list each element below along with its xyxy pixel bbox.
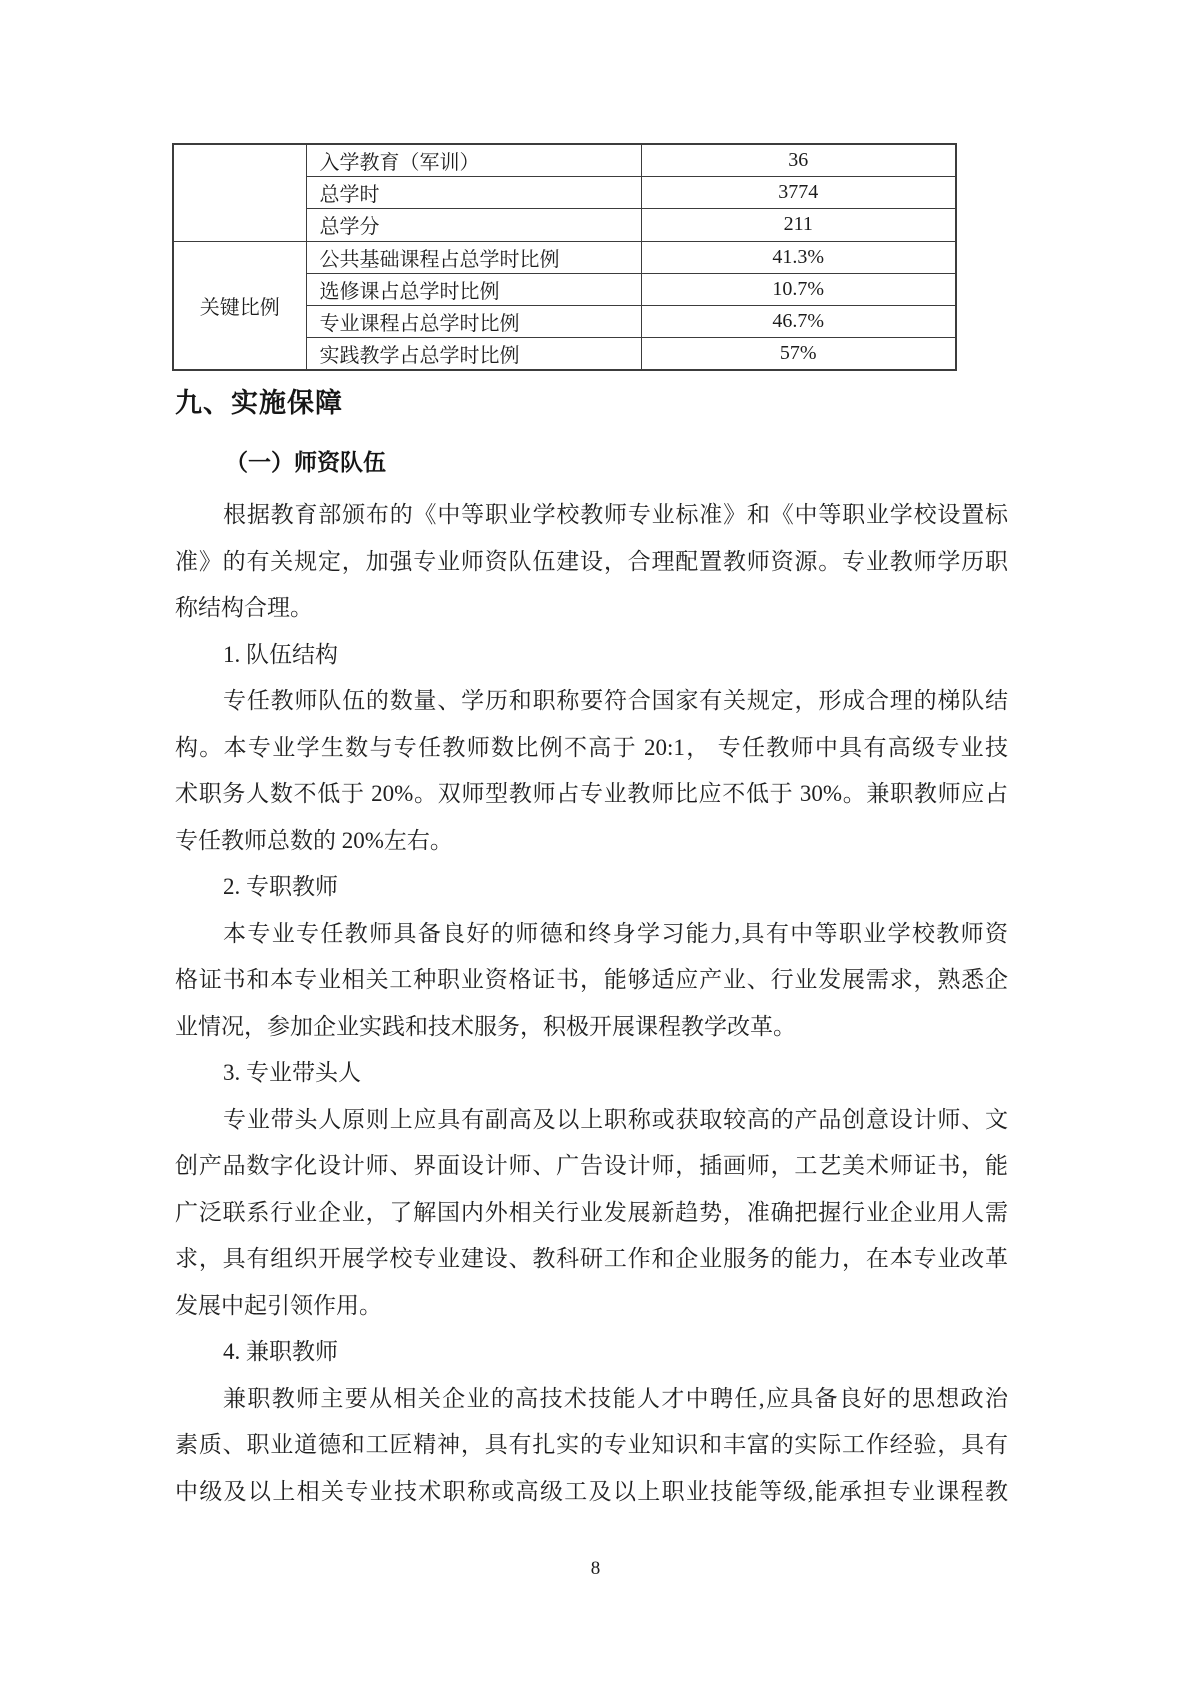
text-line: 专业带头人原则上应具有副高及以上职称或获取较高的产品创意设计师、文 — [175, 1097, 1008, 1144]
table-row: 关键比例公共基础课程占总学时比例41.3% — [173, 241, 956, 273]
text-line: 根据教育部颁布的《中等职业学校教师专业标准》和《中等职业学校设置标 — [175, 492, 1008, 539]
text-line: 准》的有关规定，加强专业师资队伍建设，合理配置教师资源。专业教师学历职 — [175, 539, 1008, 586]
table-value-cell: 10.7% — [641, 273, 956, 305]
document-page: 入学教育（军训）36总学时3774总学分211关键比例公共基础课程占总学时比例4… — [0, 0, 1191, 1684]
text-line: 构。本专业学生数与专任教师数比例不高于 20:1， 专任教师中具有高级专业技 — [175, 725, 1008, 772]
text-line: 兼职教师主要从相关企业的高技术技能人才中聘任,应具备良好的思想政治 — [175, 1376, 1008, 1423]
table-label-cell: 选修课占总学时比例 — [306, 273, 641, 305]
table-label-cell: 总学分 — [306, 209, 641, 241]
text-line: 业情况，参加企业实践和技术服务，积极开展课程教学改革。 — [175, 1004, 1008, 1051]
table-value-cell: 41.3% — [641, 241, 956, 273]
curriculum-summary-table: 入学教育（军训）36总学时3774总学分211关键比例公共基础课程占总学时比例4… — [172, 143, 957, 371]
text-line: 求，具有组织开展学校专业建设、教科研工作和企业服务的能力，在本专业改革 — [175, 1236, 1008, 1283]
text-line: 创产品数字化设计师、界面设计师、广告设计师，插画师，工艺美术师证书，能 — [175, 1143, 1008, 1190]
text-line: 发展中起引领作用。 — [175, 1283, 1008, 1330]
table-group-cell — [173, 144, 306, 241]
summary-table-body: 入学教育（军训）36总学时3774总学分211关键比例公共基础课程占总学时比例4… — [173, 144, 956, 370]
text-line: 中级及以上相关专业技术职称或高级工及以上职业技能等级,能承担专业课程教 — [175, 1469, 1008, 1516]
text-line: 本专业专任教师具备良好的师德和终身学习能力,具有中等职业学校教师资 — [175, 911, 1008, 958]
text-line: 专任教师总数的 20%左右。 — [175, 818, 1008, 865]
table-label-cell: 入学教育（军训） — [306, 144, 641, 177]
table-label-cell: 实践教学占总学时比例 — [306, 338, 641, 371]
text-line: 2. 专职教师 — [175, 864, 1008, 911]
text-line: 专任教师队伍的数量、学历和职称要符合国家有关规定，形成合理的梯队结 — [175, 678, 1008, 725]
table-value-cell: 36 — [641, 144, 956, 177]
table-group-cell: 关键比例 — [173, 241, 306, 370]
page-number: 8 — [0, 1558, 1191, 1580]
table-row: 入学教育（军训）36 — [173, 144, 956, 177]
text-line: 3. 专业带头人 — [175, 1050, 1008, 1097]
table-label-cell: 总学时 — [306, 177, 641, 209]
text-line: 4. 兼职教师 — [175, 1329, 1008, 1376]
table-label-cell: 公共基础课程占总学时比例 — [306, 241, 641, 273]
text-line: 称结构合理。 — [175, 585, 1008, 632]
table-label-cell: 专业课程占总学时比例 — [306, 305, 641, 337]
text-line: 广泛联系行业企业，了解国内外相关行业发展新趋势，准确把握行业企业用人需 — [175, 1190, 1008, 1237]
section-heading: 九、实施保障 — [175, 381, 343, 420]
body-text: 根据教育部颁布的《中等职业学校教师专业标准》和《中等职业学校设置标准》的有关规定… — [175, 492, 1008, 1515]
text-line: 素质、职业道德和工匠精神，具有扎实的专业知识和丰富的实际工作经验，具有 — [175, 1422, 1008, 1469]
table-value-cell: 57% — [641, 338, 956, 371]
text-line: 格证书和本专业相关工种职业资格证书，能够适应产业、行业发展需求，熟悉企 — [175, 957, 1008, 1004]
text-line: 术职务人数不低于 20%。双师型教师占专业教师比应不低于 30%。兼职教师应占 — [175, 771, 1008, 818]
table-value-cell: 211 — [641, 209, 956, 241]
text-line: 1. 队伍结构 — [175, 632, 1008, 679]
subsection-heading: （一）师资队伍 — [175, 444, 386, 477]
table-value-cell: 46.7% — [641, 305, 956, 337]
table-value-cell: 3774 — [641, 177, 956, 209]
